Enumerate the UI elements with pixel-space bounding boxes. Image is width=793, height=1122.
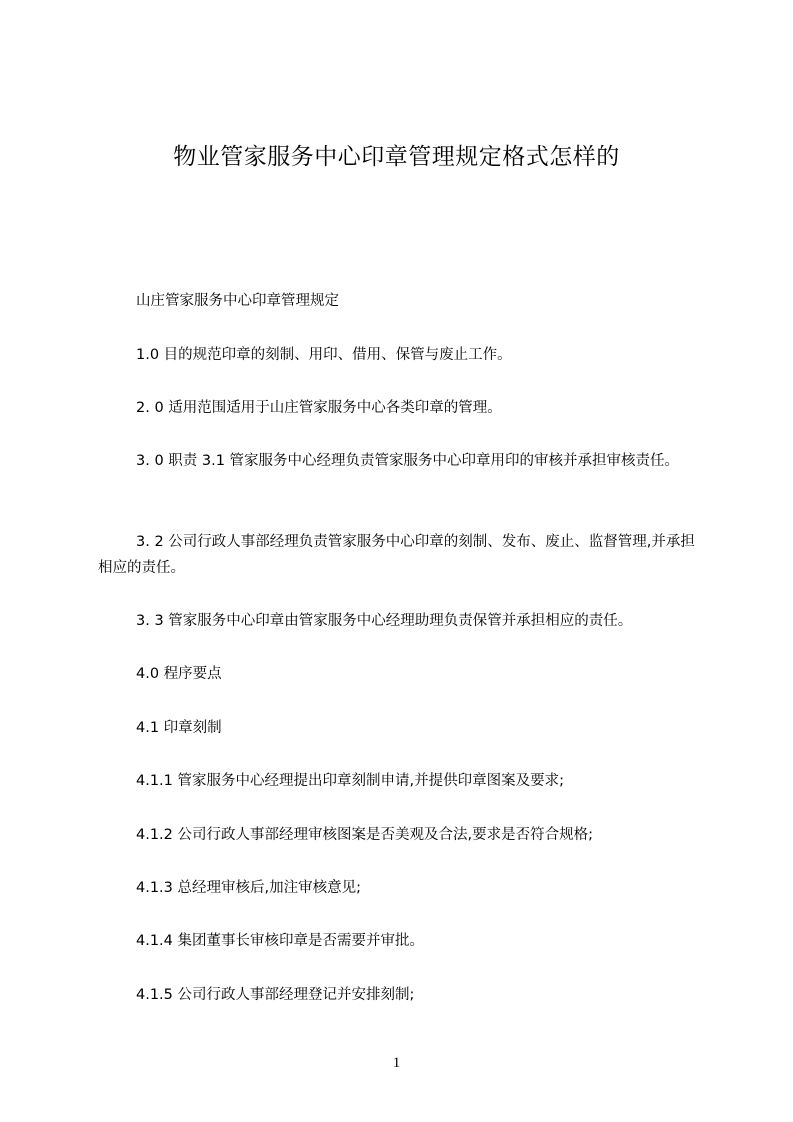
paragraph-4-1-2: 4.1.2 公司行政人事部经理审核图案是否美观及合法,要求是否符合规格;: [98, 822, 702, 848]
document-page: 物业管家服务中心印章管理规定格式怎样的 山庄管家服务中心印章管理规定 1.0 目…: [0, 0, 793, 1122]
paragraph-4-1-4: 4.1.4 集团董事长审核印章是否需要并审批。: [98, 928, 702, 954]
paragraph-heading: 山庄管家服务中心印章管理规定: [98, 288, 702, 314]
paragraph-4-1-1: 4.1.1 管家服务中心经理提出印章刻制申请,并提供印章图案及要求;: [98, 768, 702, 794]
paragraph-4-0: 4.0 程序要点: [98, 661, 702, 687]
paragraph-4-1-5: 4.1.5 公司行政人事部经理登记并安排刻制;: [98, 982, 702, 1008]
paragraph-4-1: 4.1 印章刻制: [98, 715, 702, 741]
paragraph-3-0: 3. 0 职责 3.1 管家服务中心经理负责管家服务中心印章用印的审核并承担审核…: [98, 448, 702, 474]
paragraph-1-0: 1.0 目的规范印章的刻制、用印、借用、保管与废止工作。: [98, 342, 702, 368]
paragraph-3-2: 3. 2 公司行政人事部经理负责管家服务中心印章的刻制、发布、废止、监督管理,并…: [98, 529, 702, 581]
paragraph-3-3: 3. 3 管家服务中心印章由管家服务中心经理助理负责保管并承担相应的责任。: [98, 608, 702, 634]
page-number: 1: [0, 1055, 793, 1072]
paragraph-4-1-3: 4.1.3 总经理审核后,加注审核意见;: [98, 875, 702, 901]
paragraph-2-0: 2. 0 适用范围适用于山庄管家服务中心各类印章的管理。: [98, 395, 702, 421]
document-title: 物业管家服务中心印章管理规定格式怎样的: [0, 141, 793, 173]
